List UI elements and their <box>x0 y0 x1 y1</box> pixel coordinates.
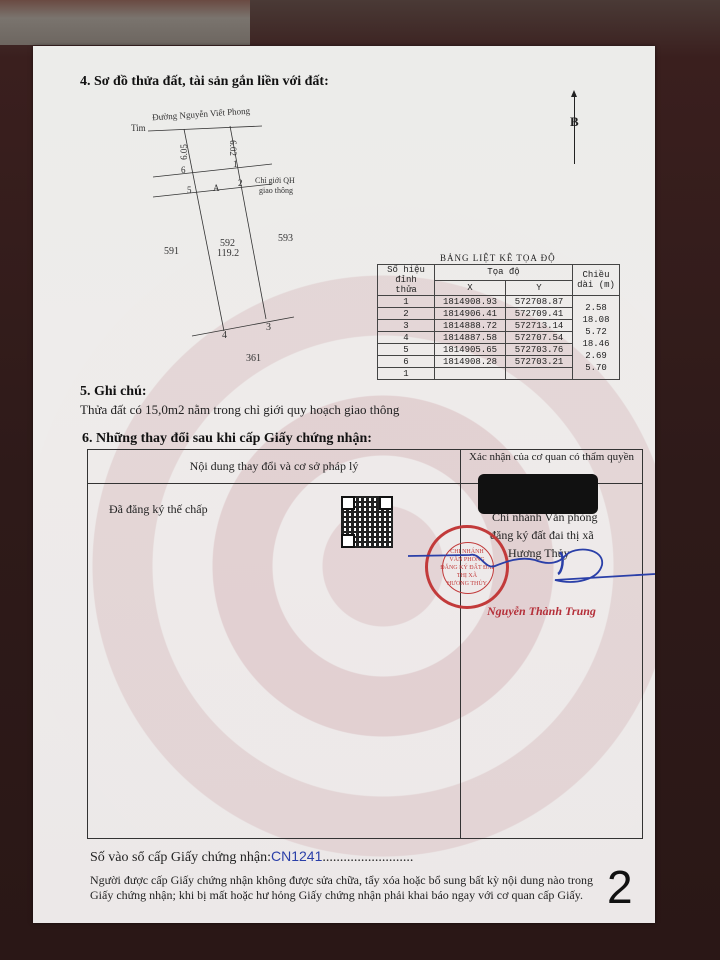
signature-icon <box>0 0 720 960</box>
notice-text: Người được cấp Giấy chứng nhận không đượ… <box>90 873 610 903</box>
page-number: 2 <box>607 860 633 914</box>
register-dots: .......................... <box>322 850 413 865</box>
register-row: Số vào sổ cấp Giấy chứng nhận:CN1241....… <box>90 848 413 866</box>
register-label: Số vào sổ cấp Giấy chứng nhận: <box>90 850 271 865</box>
register-value: CN1241 <box>271 848 322 864</box>
signer-name: Nguyễn Thành Trung <box>487 604 596 619</box>
